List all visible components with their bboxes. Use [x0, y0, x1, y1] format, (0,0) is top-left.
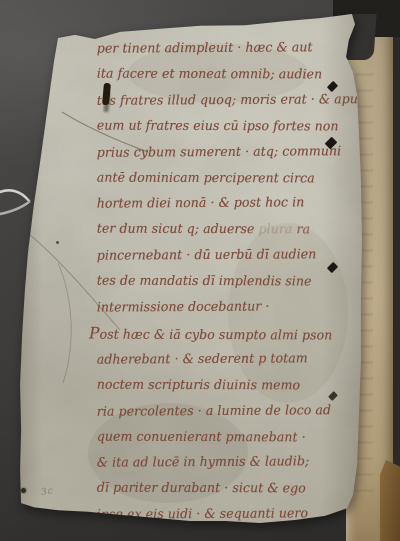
manuscript-line-1: per tinent adimpleuit · hæc & aut	[97, 39, 313, 57]
manuscript-line-6: antē dominicam perciperent circa	[97, 169, 315, 187]
wormhole	[21, 273, 25, 277]
manuscript-line-11: intermissione docebantur ·	[97, 298, 270, 316]
leaf-shadow-wrap: per tinent adimpleuit · hæc & autita fac…	[0, 0, 400, 541]
manuscript-line-17: & ita ad lucē in hymnis & laudib;	[97, 454, 310, 472]
line-segment: ter dum sicut q; aduerse	[97, 222, 259, 238]
manuscript-line-9: pincernebant · dū uerbū dī audien	[97, 246, 317, 264]
line-segment: plura	[258, 222, 292, 237]
line-segment: ra	[292, 223, 310, 238]
manuscript-line-16: quem conuenierant pmanebant ·	[97, 428, 306, 446]
handwritten-text-block: per tinent adimpleuit · hæc & autita fac…	[18, 13, 349, 523]
manuscript-line-7: hortem diei nonā · & post hoc in	[97, 195, 305, 213]
manuscript-line-10: tes de mandatis dī implendis sine	[97, 273, 312, 291]
pencil-mark: 3c	[40, 486, 54, 498]
speck	[56, 241, 59, 244]
manuscript-photo: per tinent adimpleuit · hæc & autita fac…	[0, 0, 400, 541]
manuscript-line-14: noctem scripturis diuinis memo	[97, 376, 300, 394]
manuscript-line-12: Post hæc & iā cybo sumpto almi pson	[89, 324, 332, 342]
manuscript-line-8: ter dum sicut q; aduerse plura ra	[97, 221, 310, 239]
manuscript-line-18: dī pariter durabant · sicut & ego	[97, 480, 306, 498]
manuscript-line-2: ita facere et moneat omnib; audien	[97, 65, 322, 83]
manuscript-line-13: adherebant · & sederent p totam	[97, 350, 308, 368]
manuscript-line-15: ria percolentes · a lumine de loco ad	[97, 402, 331, 420]
manuscript-line-4: eum ut fratres eius cū ipso fortes non	[97, 117, 339, 135]
manuscript-line-19: ipse ex eis uidi · & sequanti uero	[97, 506, 308, 524]
manuscript-line-3: tes fratres illud quoq; moris erat · & a…	[97, 91, 366, 110]
parchment-leaf: per tinent adimpleuit · hæc & autita fac…	[18, 13, 363, 523]
wormhole	[21, 488, 26, 493]
manuscript-line-5: prius cybum sumerent · atq; communi	[97, 143, 342, 162]
